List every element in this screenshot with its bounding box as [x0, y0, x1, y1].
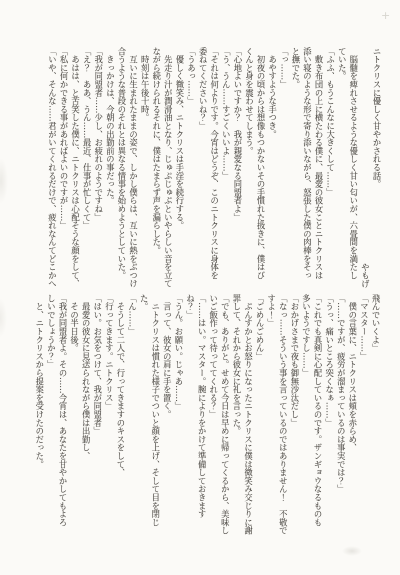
- text-column: 添い寝のような形で寄り添いながら、怒張した僕の肉棒をそっ: [301, 47, 313, 288]
- text-column: 「マスター……」: [358, 294, 370, 542]
- text-column: すよ！」: [265, 294, 277, 542]
- text-column: 敷き布団の上に横たわる僕に、最愛の彼女ことニトクリスは: [312, 47, 324, 288]
- text-column: 「おかげさまで夜も御無沙汰だし」: [288, 294, 300, 542]
- registration-mark-icon: +: [381, 10, 390, 21]
- text-column: しいでしょうか？」: [45, 294, 57, 542]
- text-column: 「うん。お願い。じゃあ……」: [172, 294, 184, 542]
- story-block-bottom: 飛んでいくよ」「マスター……」 僕の言葉に、ニトクリスは頬を赤らめ、「……ですが…: [31, 294, 381, 542]
- text-column: 「ごめんごめん」: [253, 294, 265, 542]
- text-column: そうして二人で、行ってきますのキスをして、: [114, 294, 126, 542]
- text-column: 僕の言葉に、ニトクリスは頬を赤らめ、: [346, 294, 358, 542]
- author-name: やもげ: [359, 47, 371, 288]
- text-column: 多いようですし……」: [300, 294, 312, 542]
- text-column: 「私に何かできる事があればよいのですが……」: [57, 47, 69, 288]
- text-column: 「うあっ……」: [185, 47, 197, 288]
- text-column: くんと身を震わせてしまう。: [243, 47, 255, 288]
- text-column: 「心地よいですか？ 我が親愛なる同盟者よ」: [231, 47, 243, 288]
- text-column: 優しく微笑み、ニトクリスは手淫を続行する。: [173, 47, 185, 288]
- text-column: た。: [138, 294, 150, 542]
- text-column: 委ねてくださいね？」: [197, 47, 209, 288]
- text-column: と、ニトクリスから提案を受けたのだった。: [33, 294, 45, 542]
- text-column: 「我が同盟者よ。その……今宵は、あなたを甘やかしてもよろ: [56, 294, 68, 542]
- scan-smudge: [0, 158, 8, 204]
- text-column: 「はい。お気をつけて、我が同盟者」: [91, 294, 103, 542]
- text-column: 初夜の頃からは想像もつかないその手慣れた扱きに、僕はび: [254, 47, 266, 288]
- text-column: ニトクリスは慣れた様子でついと顔を上げ、そして目を閉じ: [149, 294, 161, 542]
- text-column: 「これでも真剣に心配しているのです。ザンギョウなるものも: [311, 294, 323, 542]
- text-column: 「行ってきます。ニトクリス」: [103, 294, 115, 542]
- text-column: その半日後。: [68, 294, 80, 542]
- text-column: ね？」: [184, 294, 196, 542]
- text-column: 「う、うん……すごくいいよ……」: [220, 47, 232, 288]
- page-title: ニトクリスに優しく甘やかされる話。: [370, 47, 382, 288]
- text-column: あやすような手つき。: [266, 47, 278, 288]
- text-column: 「っ……」: [278, 47, 290, 288]
- text-column: 「いや、そんな……君がいてくれるだけで、疲れなんてどこかへ: [46, 47, 58, 288]
- scanned-novel-page: ニトクリスに優しく甘やかされる話。 やもげ 脳髄を痺れさせるような優しく甘い匂い…: [0, 0, 400, 575]
- text-column: 「え？ ああ、うん……最近、仕事が忙しくて」: [81, 47, 93, 288]
- text-column: 罪して、それから彼女に礼を言った。: [230, 294, 242, 542]
- text-column: いご飯作って待っててくれる？」: [207, 294, 219, 542]
- text-column: 最愛の彼女に見送られながら僕は出勤し、: [80, 294, 92, 542]
- text-column: と撫でた。: [289, 47, 301, 288]
- text-column: 「でも、ありがと。せめて今日は早めに帰ってくるから、美味し: [219, 294, 231, 542]
- text-column: 「それは何よりです。今宵はどうぞ、このニトクリスに身体を: [208, 47, 220, 288]
- scan-smudge: [0, 298, 7, 338]
- text-column: 「……はい。マスター。腕によりをかけて準備しておきます: [196, 294, 208, 542]
- text-column: 先走り汁が潤滑油となり、じゅぷじゅぷといやらしい音を立て: [162, 47, 174, 288]
- text-column: 飛んでいくよ」: [369, 294, 381, 542]
- text-column: ぷんすかとお怒りになったニトクリスに僕は微笑み交じりに謝: [242, 294, 254, 542]
- text-column: あはは、と苦笑した僕に、ニトクリスは心配そうな顔をして、: [69, 47, 81, 288]
- text-column: きっかけは、今朝の出勤前の事だった。: [104, 47, 116, 288]
- text-column: 言って、彼女の肩に手を置く。: [161, 294, 173, 542]
- text-column: 「うっ、痛いところ突くなぁ……」: [323, 294, 335, 542]
- story-block-top: ニトクリスに優しく甘やかされる話。 やもげ 脳髄を痺れさせるような優しく甘い匂い…: [18, 47, 382, 288]
- text-column: ながら続けられるそれに、僕はたまらず声を漏らした。: [150, 47, 162, 288]
- scan-smudge: [342, 546, 362, 556]
- text-column: 「……ですが、疲労が溜まっているのは事実では？」: [335, 294, 347, 542]
- text-column: 「ふふ、もうこんなに大きくして……」: [324, 47, 336, 288]
- text-column: 「なっ……そういう事を言っているのではありません！ 不敬で: [277, 294, 289, 542]
- text-column: 合うような普段のそれとは異なる情事を始めようとしていた。: [115, 47, 127, 288]
- text-column: 時刻は午後十時。: [139, 47, 151, 288]
- text-column: 「我が同盟者……少し、お疲れのようですね」: [92, 47, 104, 288]
- text-column: 互いに生まれたままの姿で、しかし僕らは、互いに熱をぶつけ: [127, 47, 139, 288]
- text-column: 「ん……」: [126, 294, 138, 542]
- text-column: ていた。: [336, 47, 348, 288]
- text-column: 脳髄を痺れさせるような優しく甘い匂いが、六畳間を満たし: [347, 47, 359, 288]
